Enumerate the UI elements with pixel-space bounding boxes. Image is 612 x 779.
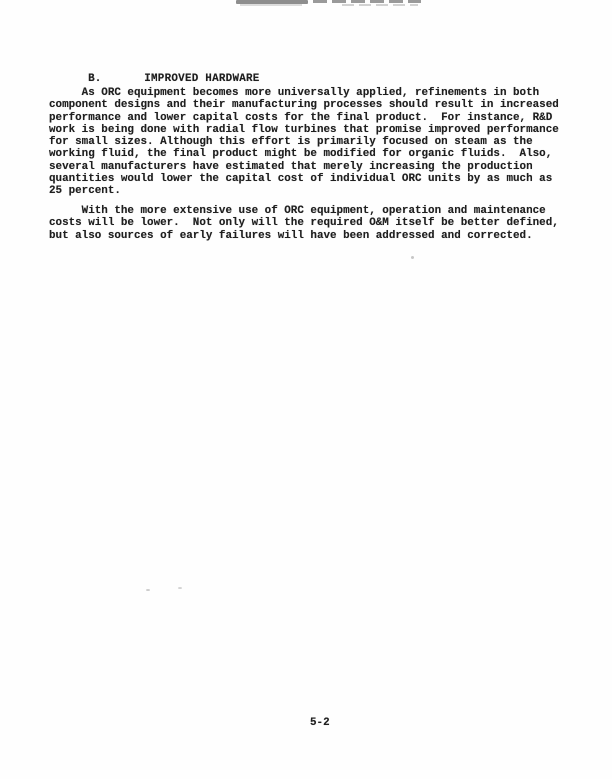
body-paragraph-2: With the more extensive use of ORC equip…	[49, 205, 559, 242]
page-number: 5-2	[310, 717, 330, 729]
scan-speck	[146, 589, 150, 591]
scan-artifact-top-smudge	[236, 0, 308, 4]
section-label: B.	[88, 73, 101, 85]
body-paragraph-1: As ORC equipment becomes more universall…	[49, 87, 559, 198]
section-title: IMPROVED HARDWARE	[144, 73, 259, 85]
scan-artifact-top-dashes	[313, 0, 421, 3]
scan-speck	[178, 587, 182, 589]
document-page: B.IMPROVED HARDWARE As ORC equipment bec…	[0, 0, 612, 779]
scan-speck	[411, 256, 414, 259]
scan-artifact-top-sub-right	[342, 4, 418, 6]
scan-artifact-top-sub-left	[240, 4, 302, 6]
